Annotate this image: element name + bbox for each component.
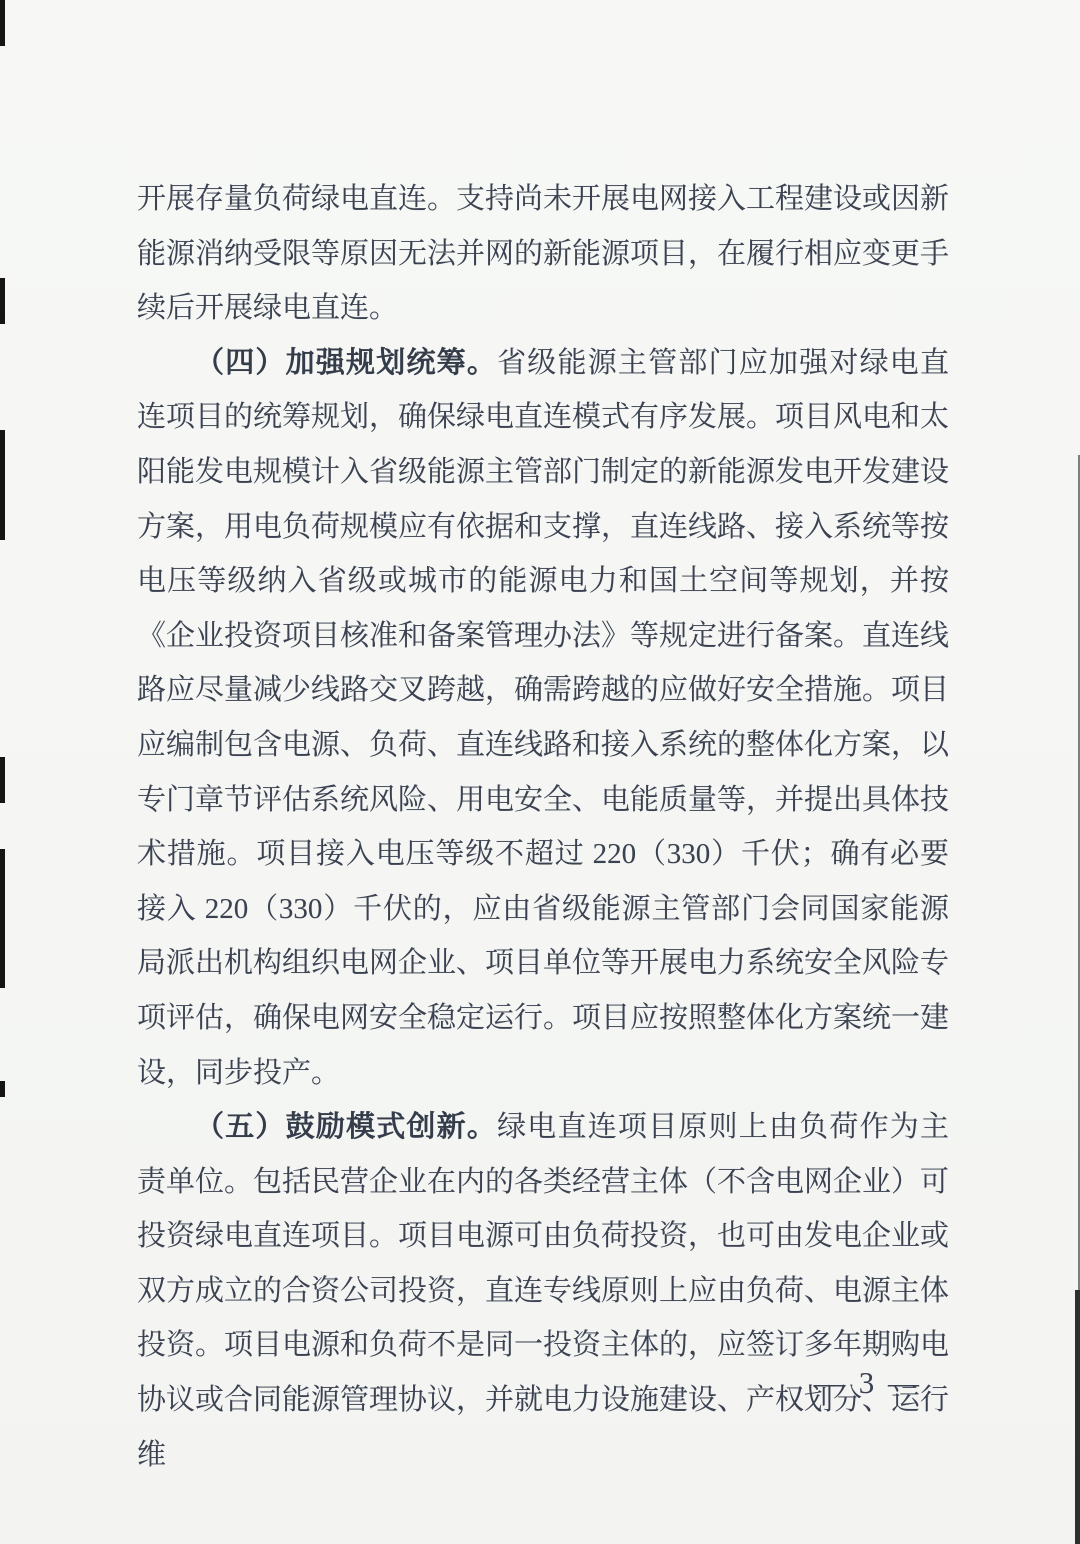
paragraph-heading-run: （四）加强规划统筹。 (195, 347, 497, 379)
page-number: — 3 — (814, 1363, 922, 1403)
paragraph: （五）鼓励模式创新。绿电直连项目原则上由负荷作为主责单位。包括民营企业在内的各类… (137, 1100, 949, 1482)
paragraph: （四）加强规划统筹。省级能源主管部门应加强对绿电直连项目的统筹规划，确保绿电直连… (137, 336, 949, 1100)
scan-edge-artifact-left (0, 849, 5, 988)
paragraph-text-run: 绿电直连项目原则上由负荷作为主责单位。包括民营企业在内的各类经营主体（不含电网企… (137, 1111, 949, 1471)
scan-edge-artifact-right (1075, 1290, 1080, 1544)
paragraph-heading-run: （五）鼓励模式创新。 (195, 1111, 497, 1143)
scan-edge-artifact-left (0, 1081, 5, 1097)
scan-edge-artifact-left (0, 757, 5, 803)
paragraph-text-run: 省级能源主管部门应加强对绿电直连项目的统筹规划，确保绿电直连模式有序发展。项目风… (137, 347, 949, 1089)
scan-edge-artifact-left (0, 278, 5, 324)
document-body-text: 开展存量负荷绿电直连。支持尚未开展电网接入工程建设或因新能源消纳受限等原因无法并… (137, 172, 949, 1482)
scan-edge-artifact-left (0, 0, 5, 46)
document-page: 开展存量负荷绿电直连。支持尚未开展电网接入工程建设或因新能源消纳受限等原因无法并… (0, 0, 1080, 1544)
scan-edge-artifact-left (0, 430, 5, 540)
paragraph: 开展存量负荷绿电直连。支持尚未开展电网接入工程建设或因新能源消纳受限等原因无法并… (137, 172, 949, 336)
paragraph-text-run: 开展存量负荷绿电直连。支持尚未开展电网接入工程建设或因新能源消纳受限等原因无法并… (137, 183, 949, 324)
